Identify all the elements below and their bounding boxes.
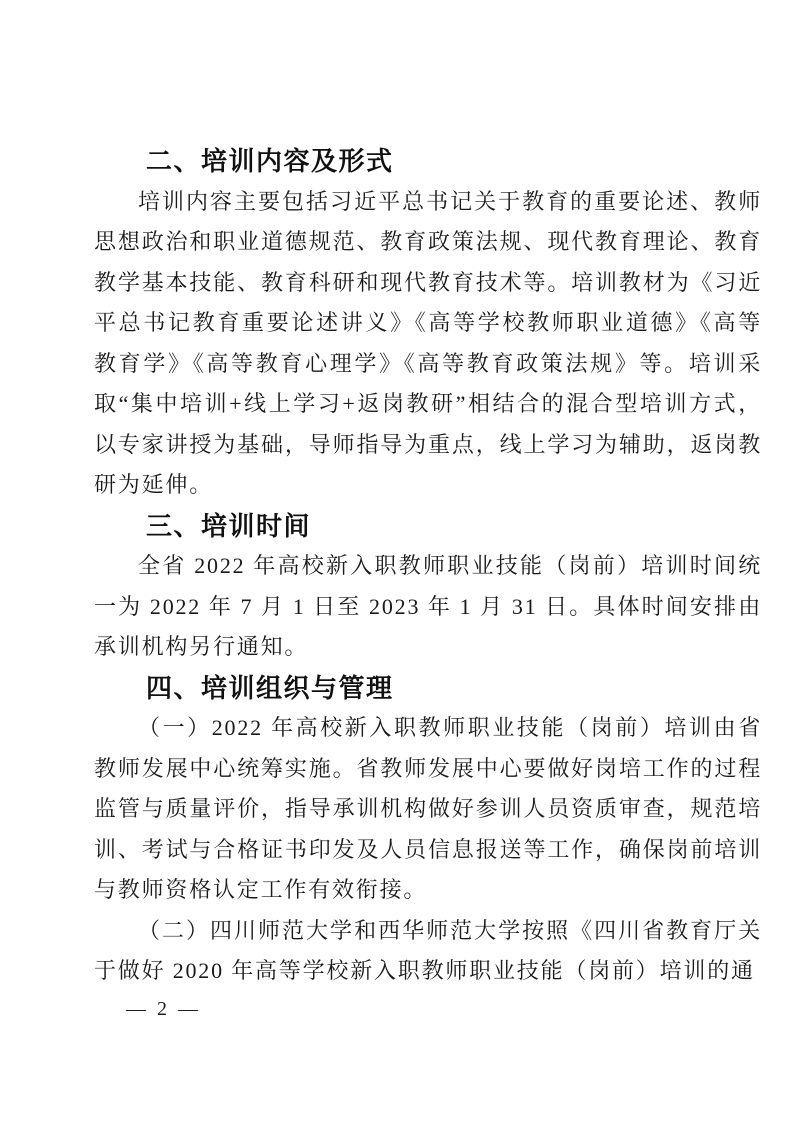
section-heading-training-content: 二、培训内容及形式 [94,141,762,182]
document-body: 二、培训内容及形式 培训内容主要包括习近平总书记关于教育的重要论述、教师思想政治… [94,141,762,992]
paragraph-training-content: 培训内容主要包括习近平总书记关于教育的重要论述、教师思想政治和职业道德规范、教育… [94,182,762,506]
paragraph-organization-item-1: （一）2022 年高校新入职教师职业技能（岗前）培训由省教师发展中心统筹实施。省… [94,708,762,911]
section-heading-training-organization: 四、培训组织与管理 [94,668,762,709]
section-heading-training-time: 三、培训时间 [94,506,762,547]
document-page: 二、培训内容及形式 培训内容主要包括习近平总书记关于教育的重要论述、教师思想政治… [0,0,793,1122]
paragraph-organization-item-2: （二）四川师范大学和西华师范大学按照《四川省教育厅关于做好 2020 年高等学校… [94,911,762,992]
paragraph-training-time: 全省 2022 年高校新入职教师职业技能（岗前）培训时间统一为 2022 年 7… [94,546,762,668]
page-number: — 2 — [126,998,201,1021]
